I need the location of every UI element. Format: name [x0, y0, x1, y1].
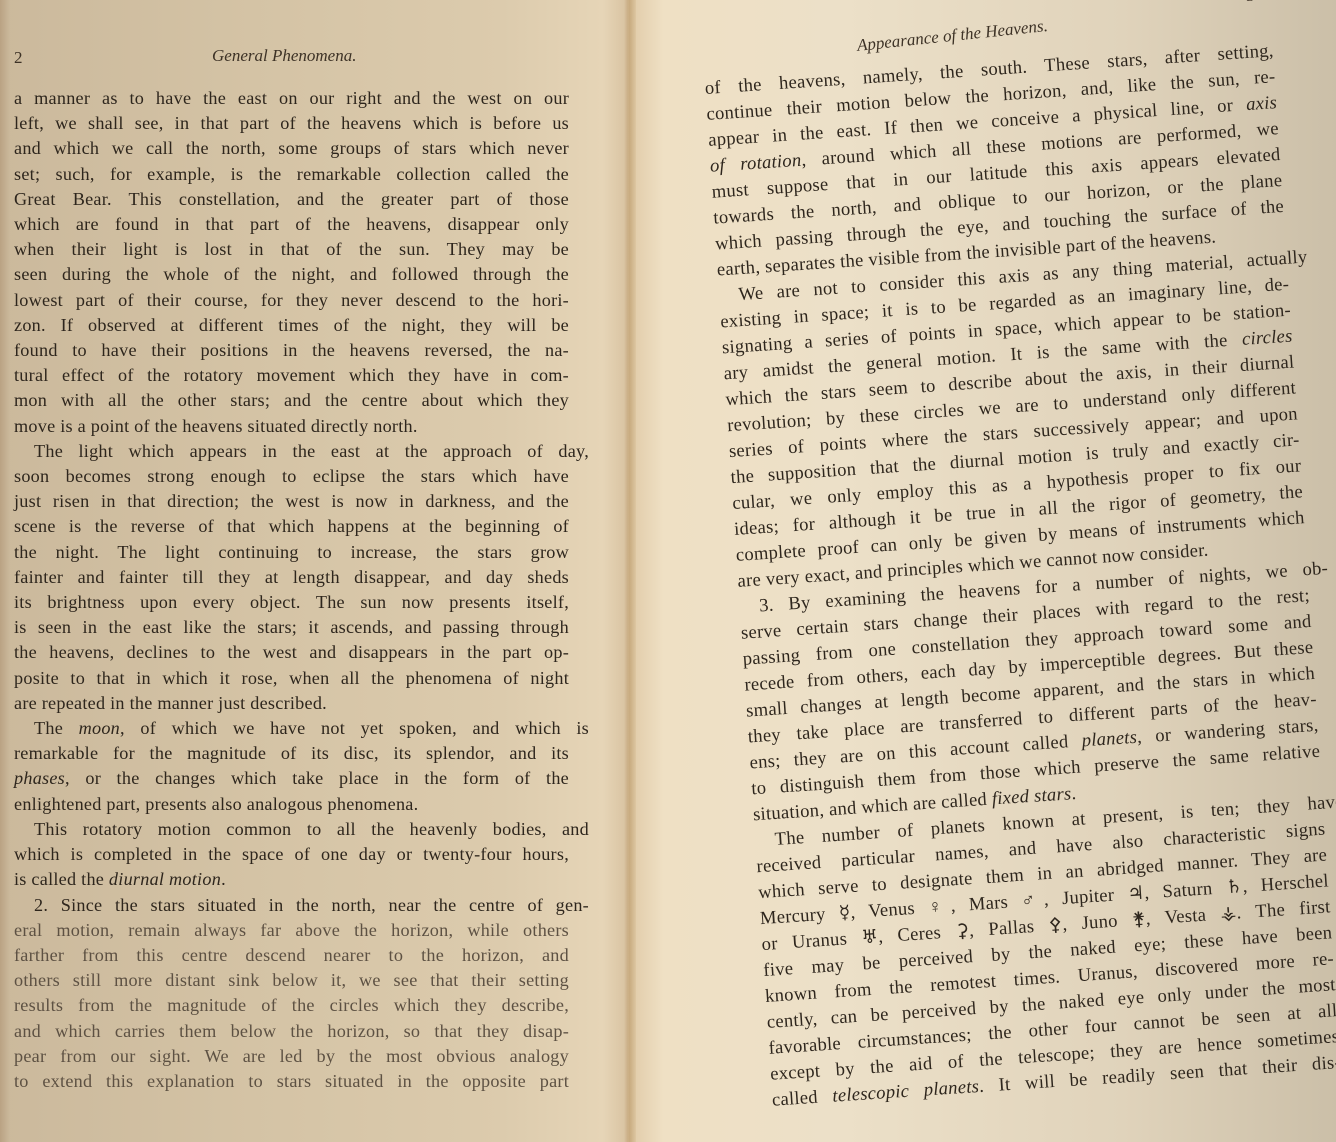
page-number: 2 [14, 48, 23, 68]
text-line: Great Bear. This constellation, and the … [14, 187, 569, 212]
text-line: farther from this centre descend nearer … [14, 943, 569, 968]
text-line: which are found in that part of the heav… [14, 212, 569, 237]
text-line: lowest part of their course, for they ne… [14, 288, 569, 313]
text-line: are repeated in the manner just describe… [14, 691, 569, 716]
body-text: of the heavens, namely, the south. These… [704, 37, 1336, 1114]
open-book-spread: 2 General Phenomena. a manner as to have… [0, 0, 1336, 1142]
text-line: fainter and fainter till they at length … [14, 565, 569, 590]
text-line: when their light is lost in that of the … [14, 237, 569, 262]
text-line: The light which appears in the east at t… [14, 439, 589, 464]
text-line: eral motion, remain always far above the… [14, 918, 569, 943]
text-line: just risen in that direction; the west i… [14, 489, 569, 514]
text-line: 2. Since the stars situated in the north… [14, 893, 589, 918]
running-head: Appearance of the Heavens. [856, 16, 1049, 56]
text-line: mon with all the other stars; and the ce… [14, 388, 569, 413]
left-page: 2 General Phenomena. a manner as to have… [0, 0, 628, 1142]
text-line: to extend this explanation to stars situ… [14, 1069, 569, 1094]
text-line: others still more distant sink below it,… [14, 968, 569, 993]
text-line: posite to that in which it rose, when al… [14, 666, 569, 691]
text-line: The moon, of which we have not yet spoke… [14, 716, 589, 741]
page-number: 3 [1246, 0, 1255, 6]
text-line: enlightened part, presents also analogou… [14, 792, 569, 817]
text-line: phases, or the changes which take place … [14, 766, 569, 791]
text-line: pear from our sight. We are led by the m… [14, 1044, 569, 1069]
text-line: the night. The light continuing to incre… [14, 540, 569, 565]
text-line: and which we call the north, some groups… [14, 136, 569, 161]
text-line: zon. If observed at different times of t… [14, 313, 569, 338]
running-head: General Phenomena. [212, 46, 356, 66]
text-line: left, we shall see, in that part of the … [14, 111, 569, 136]
text-line: its brightness upon every object. The su… [14, 590, 569, 615]
text-line: found to have their positions in the hea… [14, 338, 569, 363]
text-line: a manner as to have the east on our righ… [14, 86, 569, 111]
text-line: soon becomes strong enough to eclipse th… [14, 464, 569, 489]
text-line: which is completed in the space of one d… [14, 842, 569, 867]
text-line: and which carries them below the horizon… [14, 1019, 569, 1044]
text-line: set; such, for example, is the remarkabl… [14, 162, 569, 187]
text-line: remarkable for the magnitude of its disc… [14, 741, 569, 766]
page-edge-shadow [0, 0, 10, 1142]
text-line: This rotatory motion common to all the h… [14, 817, 589, 842]
text-line: move is a point of the heavens situated … [14, 414, 569, 439]
text-line: is seen in the east like the stars; it a… [14, 615, 569, 640]
text-line: the heavens, declines to the west and di… [14, 640, 569, 665]
text-line: seen during the whole of the night, and … [14, 262, 569, 287]
text-line: tural effect of the rotatory movement wh… [14, 363, 569, 388]
right-page: 3 Appearance of the Heavens. of the heav… [628, 0, 1336, 1142]
text-line: is called the diurnal motion. [14, 867, 569, 892]
text-line: results from the magnitude of the circle… [14, 993, 569, 1018]
body-text: a manner as to have the east on our righ… [14, 86, 589, 1094]
text-line: scene is the reverse of that which happe… [14, 514, 569, 539]
book-gutter [624, 0, 636, 1142]
